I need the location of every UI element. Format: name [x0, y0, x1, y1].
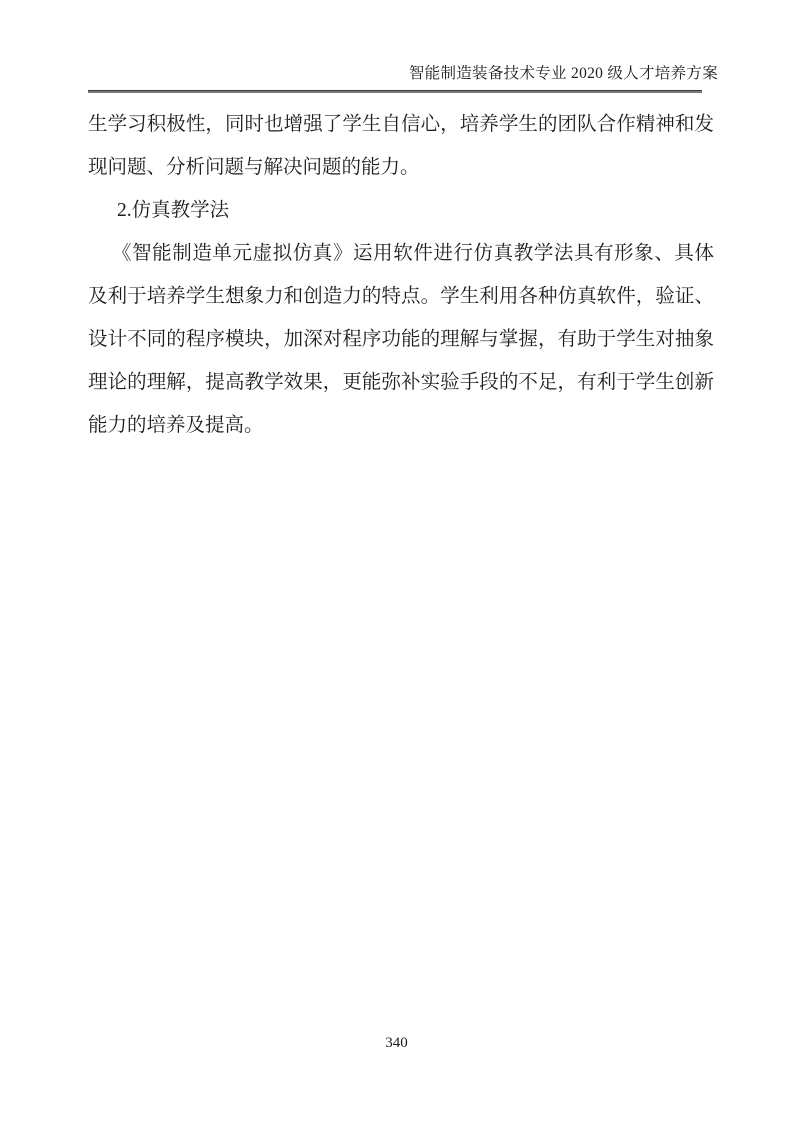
body-line: 生学习积极性，同时也增强了学生自信心，培养学生的团队合作精神和发: [88, 103, 714, 146]
body-line: 设计不同的程序模块，加深对程序功能的理解与掌握，有助于学生对抽象: [88, 318, 714, 361]
document-body: 生学习积极性，同时也增强了学生自信心，培养学生的团队合作精神和发 现问题、分析问…: [88, 103, 714, 447]
body-line: 及利于培养学生想象力和创造力的特点。学生利用各种仿真软件，验证、: [88, 275, 714, 318]
document-page: 智能制造装备技术专业 2020 级人才培养方案 生学习积极性，同时也增强了学生自…: [0, 0, 793, 1122]
section-heading: 2.仿真教学法: [88, 189, 714, 232]
header-rule: [88, 90, 702, 93]
body-line: 理论的理解，提高教学效果，更能弥补实验手段的不足，有利于学生创新: [88, 361, 714, 404]
page-number: 340: [0, 1033, 793, 1053]
body-line: 能力的培养及提高。: [88, 404, 714, 447]
header-title: 智能制造装备技术专业 2020 级人才培养方案: [88, 63, 718, 85]
body-line: 《智能制造单元虚拟仿真》运用软件进行仿真教学法具有形象、具体: [88, 232, 714, 275]
body-line: 现问题、分析问题与解决问题的能力。: [88, 146, 714, 189]
